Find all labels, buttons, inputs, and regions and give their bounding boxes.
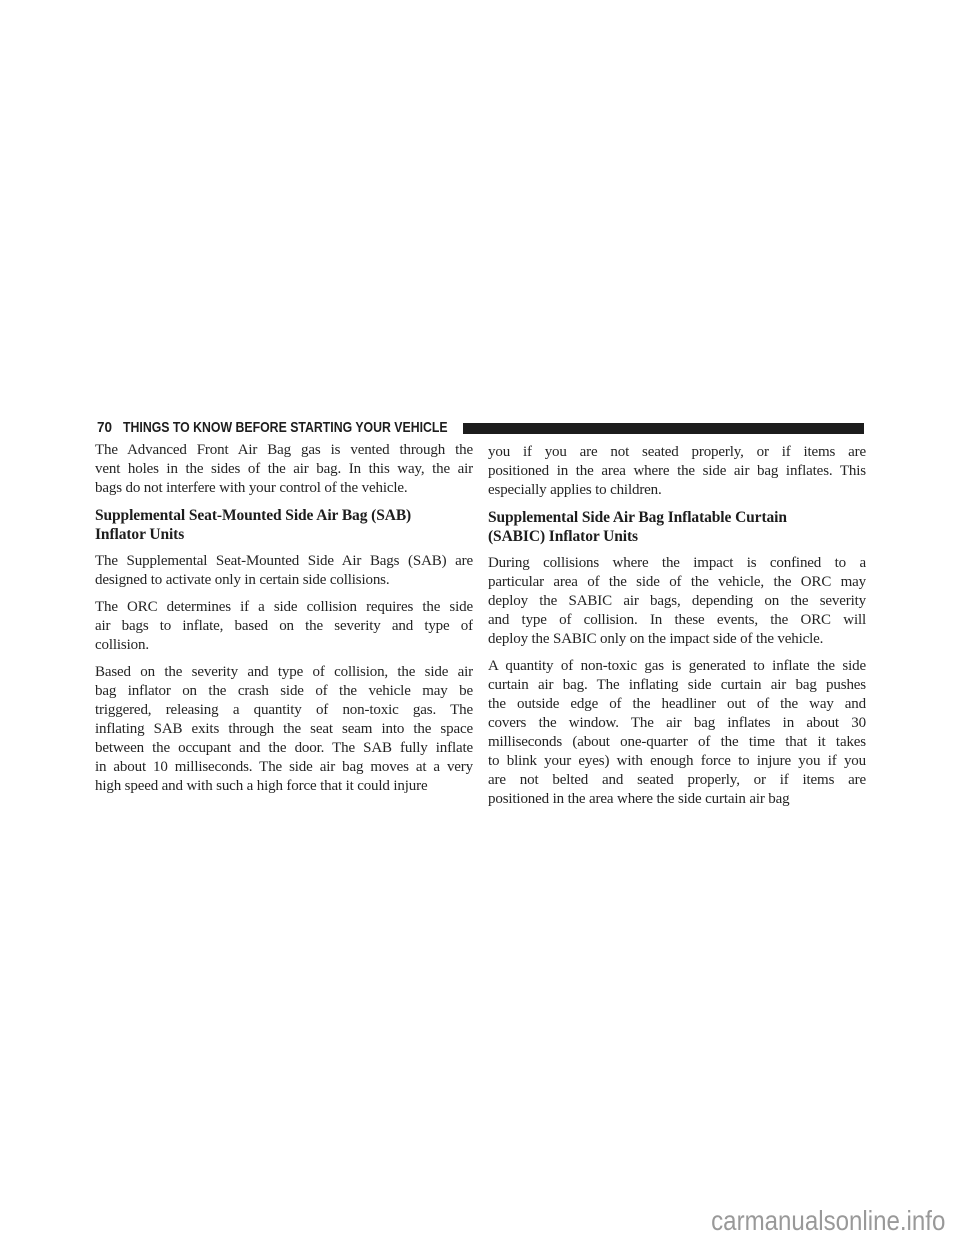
body-paragraph: The ORC determines if a side collision r… <box>95 598 473 655</box>
text-line: positioned in the area where the side ai… <box>488 462 866 481</box>
text-line: milliseconds (about one-quarter of the t… <box>488 733 866 752</box>
manual-page: 70 THINGS TO KNOW BEFORE STARTING YOUR V… <box>0 0 960 1242</box>
body-paragraph: The Advanced Front Air Bag gas is vented… <box>95 441 473 498</box>
text-line: Supplemental Side Air Bag Inflatable Cur… <box>488 508 866 527</box>
text-line: and type of collision. In these events, … <box>488 611 866 630</box>
body-paragraph: A quantity of non-toxic gas is generated… <box>488 657 866 809</box>
text-line: air bags to inflate, based on the severi… <box>95 617 473 636</box>
page-number: 70 <box>97 420 112 435</box>
text-line: The ORC determines if a side collision r… <box>95 598 473 617</box>
text-line: deploy the SABIC air bags, depending on … <box>488 592 866 611</box>
text-line: collision. <box>95 636 473 655</box>
text-line: Supplemental Seat-Mounted Side Air Bag (… <box>95 506 473 525</box>
text-line: especially applies to children. <box>488 481 866 500</box>
body-paragraph: During collisions where the impact is co… <box>488 554 866 649</box>
text-line: inflating SAB exits through the seat sea… <box>95 720 473 739</box>
text-line: deploy the SABIC only on the impact side… <box>488 630 866 649</box>
text-line: between the occupant and the door. The S… <box>95 739 473 758</box>
column-right: you if you are not seated properly, or i… <box>488 443 866 809</box>
text-line: the outside edge of the headliner out of… <box>488 695 866 714</box>
text-line: (SABIC) Inflator Units <box>488 527 866 546</box>
text-line: bag inflator on the crash side of the ve… <box>95 682 473 701</box>
text-line: high speed and with such a high force th… <box>95 777 473 796</box>
text-line: particular area of the side of the vehic… <box>488 573 866 592</box>
text-line: During collisions where the impact is co… <box>488 554 866 573</box>
header-rule-bar <box>463 423 864 434</box>
text-line: you if you are not seated properly, or i… <box>488 443 866 462</box>
text-line: A quantity of non-toxic gas is generated… <box>488 657 866 676</box>
text-line: vent holes in the sides of the air bag. … <box>95 460 473 479</box>
watermark: carmanualsonline.info <box>711 1204 945 1238</box>
body-paragraph: Based on the severity and type of collis… <box>95 663 473 796</box>
text-line: The Supplemental Seat-Mounted Side Air B… <box>95 552 473 571</box>
text-line: bags do not interfere with your control … <box>95 479 473 498</box>
text-line: in about 10 milliseconds. The side air b… <box>95 758 473 777</box>
text-line: are not belted and seated properly, or i… <box>488 771 866 790</box>
section-heading: Supplemental Side Air Bag Inflatable Cur… <box>488 508 866 546</box>
text-line: covers the window. The air bag inflates … <box>488 714 866 733</box>
section-heading: Supplemental Seat-Mounted Side Air Bag (… <box>95 506 473 544</box>
text-line: positioned in the area where the side cu… <box>488 790 866 809</box>
text-line: designed to activate only in certain sid… <box>95 571 473 590</box>
text-line: The Advanced Front Air Bag gas is vented… <box>95 441 473 460</box>
text-line: curtain air bag. The inflating side curt… <box>488 676 866 695</box>
text-line: Inflator Units <box>95 525 473 544</box>
body-paragraph: you if you are not seated properly, or i… <box>488 443 866 500</box>
text-line: triggered, releasing a quantity of non-t… <box>95 701 473 720</box>
page-title: THINGS TO KNOW BEFORE STARTING YOUR VEHI… <box>123 420 448 435</box>
text-line: Based on the severity and type of collis… <box>95 663 473 682</box>
column-left: The Advanced Front Air Bag gas is vented… <box>95 441 473 796</box>
body-paragraph: The Supplemental Seat-Mounted Side Air B… <box>95 552 473 590</box>
text-line: to blink your eyes) with enough force to… <box>488 752 866 771</box>
